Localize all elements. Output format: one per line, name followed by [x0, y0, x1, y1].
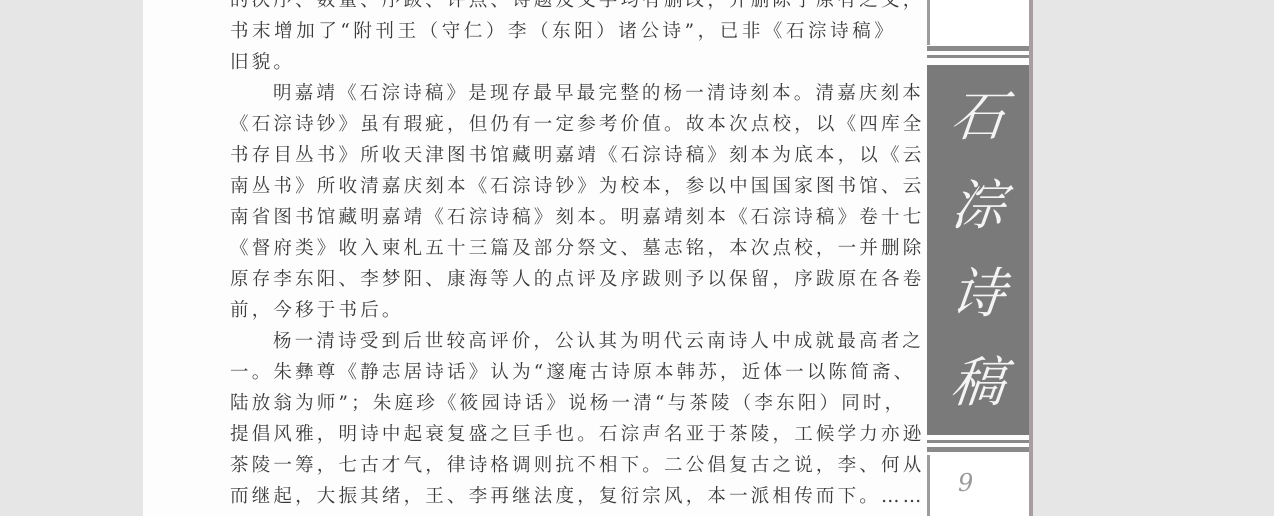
- page-edge-border: [1029, 0, 1033, 516]
- text-line: 旧貌。: [230, 47, 896, 78]
- title-char: 稿: [948, 353, 1008, 413]
- strip-bottom-box: 9: [927, 455, 1029, 516]
- paragraph-3: 杨一清诗受到后世较高评价，公认其为明代云南诗人中成就最高者之 一。朱彝尊《静志居…: [230, 326, 896, 512]
- divider-rule: [927, 55, 1029, 58]
- text-line: 茶陵一筹，七古才气，律诗格调则抗不相下。二公倡复古之说，李、何从: [230, 450, 896, 481]
- body-text: 的次序、数量、序跋、评点、诗题及文字均有删改，并删除了原有之文， 书末增加了“附…: [230, 0, 896, 512]
- paragraph-2: 明嘉靖《石淙诗稿》是现存最早最完整的杨一清诗刻本。清嘉庆刻本 《石淙诗钞》虽有瑕…: [230, 78, 896, 326]
- strip-top-box: [927, 0, 1029, 45]
- divider-rule: [927, 447, 1029, 452]
- text-line: 的次序、数量、序跋、评点、诗题及文字均有删改，并删除了原有之文，: [230, 0, 896, 16]
- text-line: 提倡风雅，明诗中起衰复盛之巨手也。石淙声名亚于茶陵，工候学力亦逊: [230, 419, 896, 450]
- divider-rule: [927, 46, 1029, 51]
- page-number: 9: [958, 469, 973, 497]
- paragraph-1: 的次序、数量、序跋、评点、诗题及文字均有删改，并删除了原有之文， 书末增加了“附…: [230, 0, 896, 78]
- title-strip: 石 淙 诗 稿 9: [927, 0, 1029, 516]
- text-line: 陆放翁为师”；朱庭珍《筱园诗话》说杨一清“与茶陵（李东阳）同时，: [230, 388, 896, 419]
- book-title-vertical: 石 淙 诗 稿: [927, 65, 1029, 435]
- text-line: 《石淙诗钞》虽有瑕疵，但仍有一定参考价值。故本次点校，以《四库全: [230, 109, 896, 140]
- divider-rule: [927, 440, 1029, 443]
- text-line: 而继起，大振其绪，王、李再继法度，复衍宗风，本一派相传而下。……: [230, 481, 896, 512]
- document-viewer: 的次序、数量、序跋、评点、诗题及文字均有删改，并删除了原有之文， 书末增加了“附…: [0, 0, 1274, 516]
- title-char: 诗: [948, 264, 1008, 324]
- text-line: 原存李东阳、李梦阳、康海等人的点评及序跋则予以保留，序跋原在各卷: [230, 264, 896, 295]
- title-char: 淙: [948, 176, 1008, 236]
- text-line: 杨一清诗受到后世较高评价，公认其为明代云南诗人中成就最高者之: [230, 326, 896, 357]
- text-line: 书末增加了“附刊王（守仁）李（东阳）诸公诗”，已非《石淙诗稿》: [230, 16, 896, 47]
- text-line: 前，今移于书后。: [230, 295, 896, 326]
- text-line: 一。朱彝尊《静志居诗话》认为“邃庵古诗原本韩苏，近体一以陈简斋、: [230, 357, 896, 388]
- document-page: 的次序、数量、序跋、评点、诗题及文字均有删改，并删除了原有之文， 书末增加了“附…: [143, 0, 1029, 516]
- text-line: 《督府类》收入柬札五十三篇及部分祭文、墓志铭，本次点校，一并删除；: [230, 233, 896, 264]
- text-line: 明嘉靖《石淙诗稿》是现存最早最完整的杨一清诗刻本。清嘉庆刻本: [230, 78, 896, 109]
- text-line: 南丛书》所收清嘉庆刻本《石淙诗钞》为校本，参以中国国家图书馆、云: [230, 171, 896, 202]
- text-line: 书存目丛书》所收天津图书馆藏明嘉靖《石淙诗稿》刻本为底本，以《云: [230, 140, 896, 171]
- title-char: 石: [948, 87, 1008, 147]
- text-line: 南省图书馆藏明嘉靖《石淙诗稿》刻本。明嘉靖刻本《石淙诗稿》卷十七: [230, 202, 896, 233]
